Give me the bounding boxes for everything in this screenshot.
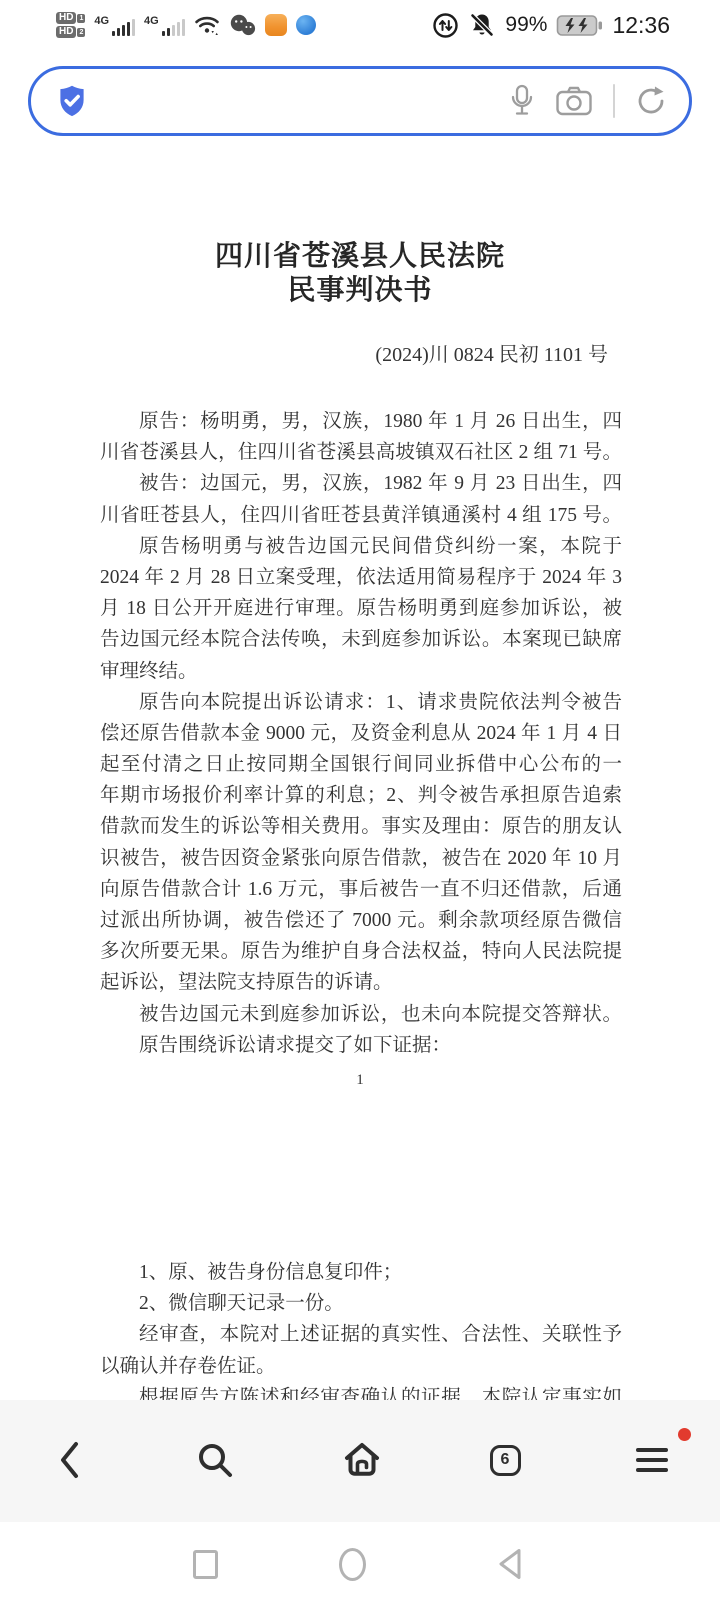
site-security-shield-icon[interactable] bbox=[53, 82, 91, 120]
document-line: 识被告，被告因资金紧张向原告借款，被告在 2020 年 10 月 bbox=[100, 843, 622, 874]
document-line: 起诉讼，望法院支持原告的诉请。 bbox=[100, 967, 622, 998]
app-blue-icon bbox=[296, 15, 316, 35]
status-bar: HD 1 HD 2 4G 4G bbox=[0, 0, 720, 50]
home-circle-icon bbox=[339, 1548, 366, 1581]
document-line: 经审查，本院对上述证据的真实性、合法性、关联性予 bbox=[100, 1319, 622, 1350]
document-line: 过派出所协调，被告偿还了 7000 元。剩余款项经原告微信 bbox=[100, 905, 622, 936]
divider bbox=[613, 84, 615, 118]
recents-button[interactable] bbox=[183, 1542, 227, 1586]
document-title-line2: 民事判决书 bbox=[0, 268, 720, 308]
document-line: 被告：边国元，男，汉族，1982 年 9 月 23 日出生，四 bbox=[100, 468, 622, 499]
document-line: 2024 年 2 月 28 日立案受理，依法适用简易程序于 2024 年 3 bbox=[100, 562, 622, 593]
browser-toolbar: 6 bbox=[0, 1400, 720, 1522]
tab-count-icon: 6 bbox=[490, 1445, 521, 1476]
wechat-icon bbox=[229, 14, 256, 37]
menu-notification-badge bbox=[678, 1428, 691, 1441]
sim2-index: 2 bbox=[77, 28, 85, 37]
document-line: 告边国元经本院合法传唤，未到庭参加诉讼。本案现已缺席 bbox=[100, 624, 622, 655]
voice-search-mic-icon[interactable] bbox=[509, 83, 535, 119]
document-line: 借款而发生的诉讼等相关费用。事实及理由：原告的朋友认 bbox=[100, 811, 622, 842]
hd-badge-sim2: HD 2 bbox=[56, 26, 85, 38]
document-line: 多次所要无果。原告为维护自身合法权益，特向人民法院提 bbox=[100, 936, 622, 967]
document-line: 偿还原告借款本金 9000 元，及资金利息从 2024 年 1 月 4 日 bbox=[100, 718, 622, 749]
home-nav-button[interactable] bbox=[330, 1542, 374, 1586]
volte-hd-badges: HD 1 HD 2 bbox=[56, 12, 85, 38]
address-bar-actions bbox=[509, 83, 667, 119]
camera-search-icon[interactable] bbox=[555, 85, 593, 117]
document-line: 原告杨明勇与被告边国元民间借贷纠纷一案，本院于 bbox=[100, 531, 622, 562]
tab-count: 6 bbox=[501, 1451, 510, 1469]
wifi-icon bbox=[194, 14, 220, 36]
document-line: 起至付清之日止按同期全国银行间同业拆借中心公布的一 bbox=[100, 749, 622, 780]
document-line: 被告边国元未到庭参加诉讼，也未向本院提交答辩状。 bbox=[100, 999, 622, 1030]
recents-square-icon bbox=[193, 1550, 218, 1579]
back-button[interactable] bbox=[46, 1436, 94, 1484]
document-line: 年期市场报价利率计算的利息；2、判令被告承担原告追索 bbox=[100, 780, 622, 811]
document-line: 向原告借款合计 1.6 万元，事后被告一直不归还借款，后通 bbox=[100, 874, 622, 905]
judgment-page1-text: 原告：杨明勇，男，汉族，1980 年 1 月 26 日出生，四川省苍溪县人，住四… bbox=[100, 406, 622, 1061]
page-number: 1 bbox=[0, 1072, 720, 1089]
document-line: 1、原、被告身份信息复印件； bbox=[100, 1257, 622, 1288]
document-line: 审理终结。 bbox=[100, 656, 622, 687]
case-number: (2024)川 0824 民初 1101 号 bbox=[100, 338, 622, 367]
signal-bars-icon bbox=[162, 19, 185, 36]
signal-sim1: 4G bbox=[94, 15, 135, 36]
network-type-sim1: 4G bbox=[94, 15, 109, 27]
back-nav-button[interactable] bbox=[488, 1542, 532, 1586]
hd-badge-sim1: HD 1 bbox=[56, 12, 85, 24]
signal-bars-icon bbox=[112, 19, 135, 36]
app-orange-icon bbox=[265, 14, 287, 36]
data-usage-icon bbox=[432, 12, 459, 39]
hamburger-menu-icon bbox=[636, 1448, 668, 1472]
sim1-index: 1 bbox=[77, 14, 85, 23]
status-right-group: 99% 12:36 bbox=[432, 11, 670, 39]
battery-percent: 99% bbox=[505, 13, 547, 37]
status-left-group: HD 1 HD 2 4G 4G bbox=[56, 12, 316, 38]
back-triangle-icon bbox=[494, 1546, 526, 1582]
document-line: 2、微信聊天记录一份。 bbox=[100, 1288, 622, 1319]
clock: 12:36 bbox=[612, 12, 670, 39]
address-bar-area bbox=[0, 50, 720, 160]
network-type-sim2: 4G bbox=[144, 15, 159, 27]
address-bar[interactable] bbox=[28, 66, 692, 136]
judgment-page2-text: 1、原、被告身份信息复印件；2、微信聊天记录一份。经审查，本院对上述证据的真实性… bbox=[100, 1257, 622, 1400]
document-line: 原告：杨明勇，男，汉族，1980 年 1 月 26 日出生，四 bbox=[100, 406, 622, 437]
phone-screen: HD 1 HD 2 4G 4G bbox=[0, 0, 720, 1600]
tabs-button[interactable]: 6 bbox=[481, 1436, 529, 1484]
signal-sim2: 4G bbox=[144, 15, 185, 36]
hd-label: HD bbox=[56, 26, 76, 38]
document-line: 川省苍溪县人，住四川省苍溪县高坡镇双石社区 2 组 71 号。 bbox=[100, 437, 622, 468]
refresh-icon[interactable] bbox=[635, 85, 667, 117]
document-line: 原告围绕诉讼请求提交了如下证据： bbox=[100, 1030, 622, 1061]
notifications-muted-bell-icon bbox=[468, 11, 496, 39]
system-nav-bar bbox=[0, 1522, 720, 1600]
document-line: 原告向本院提出诉讼请求：1、请求贵院依法判令被告 bbox=[100, 687, 622, 718]
battery-charging-icon bbox=[556, 13, 603, 38]
hd-label: HD bbox=[56, 12, 76, 24]
document-line: 月 18 日公开开庭进行审理。原告杨明勇到庭参加诉讼，被 bbox=[100, 593, 622, 624]
document-line: 以确认并存卷佐证。 bbox=[100, 1351, 622, 1382]
url-search-input[interactable] bbox=[91, 80, 509, 122]
menu-button[interactable] bbox=[628, 1436, 676, 1484]
document-line: 川省旺苍县人，住四川省旺苍县黄洋镇通溪村 4 组 175 号。 bbox=[100, 500, 622, 531]
search-button[interactable] bbox=[191, 1436, 239, 1484]
home-button[interactable] bbox=[338, 1436, 386, 1484]
document-line: 根据原告方陈述和经审查确认的证据，本院认定事实如 bbox=[100, 1382, 622, 1400]
